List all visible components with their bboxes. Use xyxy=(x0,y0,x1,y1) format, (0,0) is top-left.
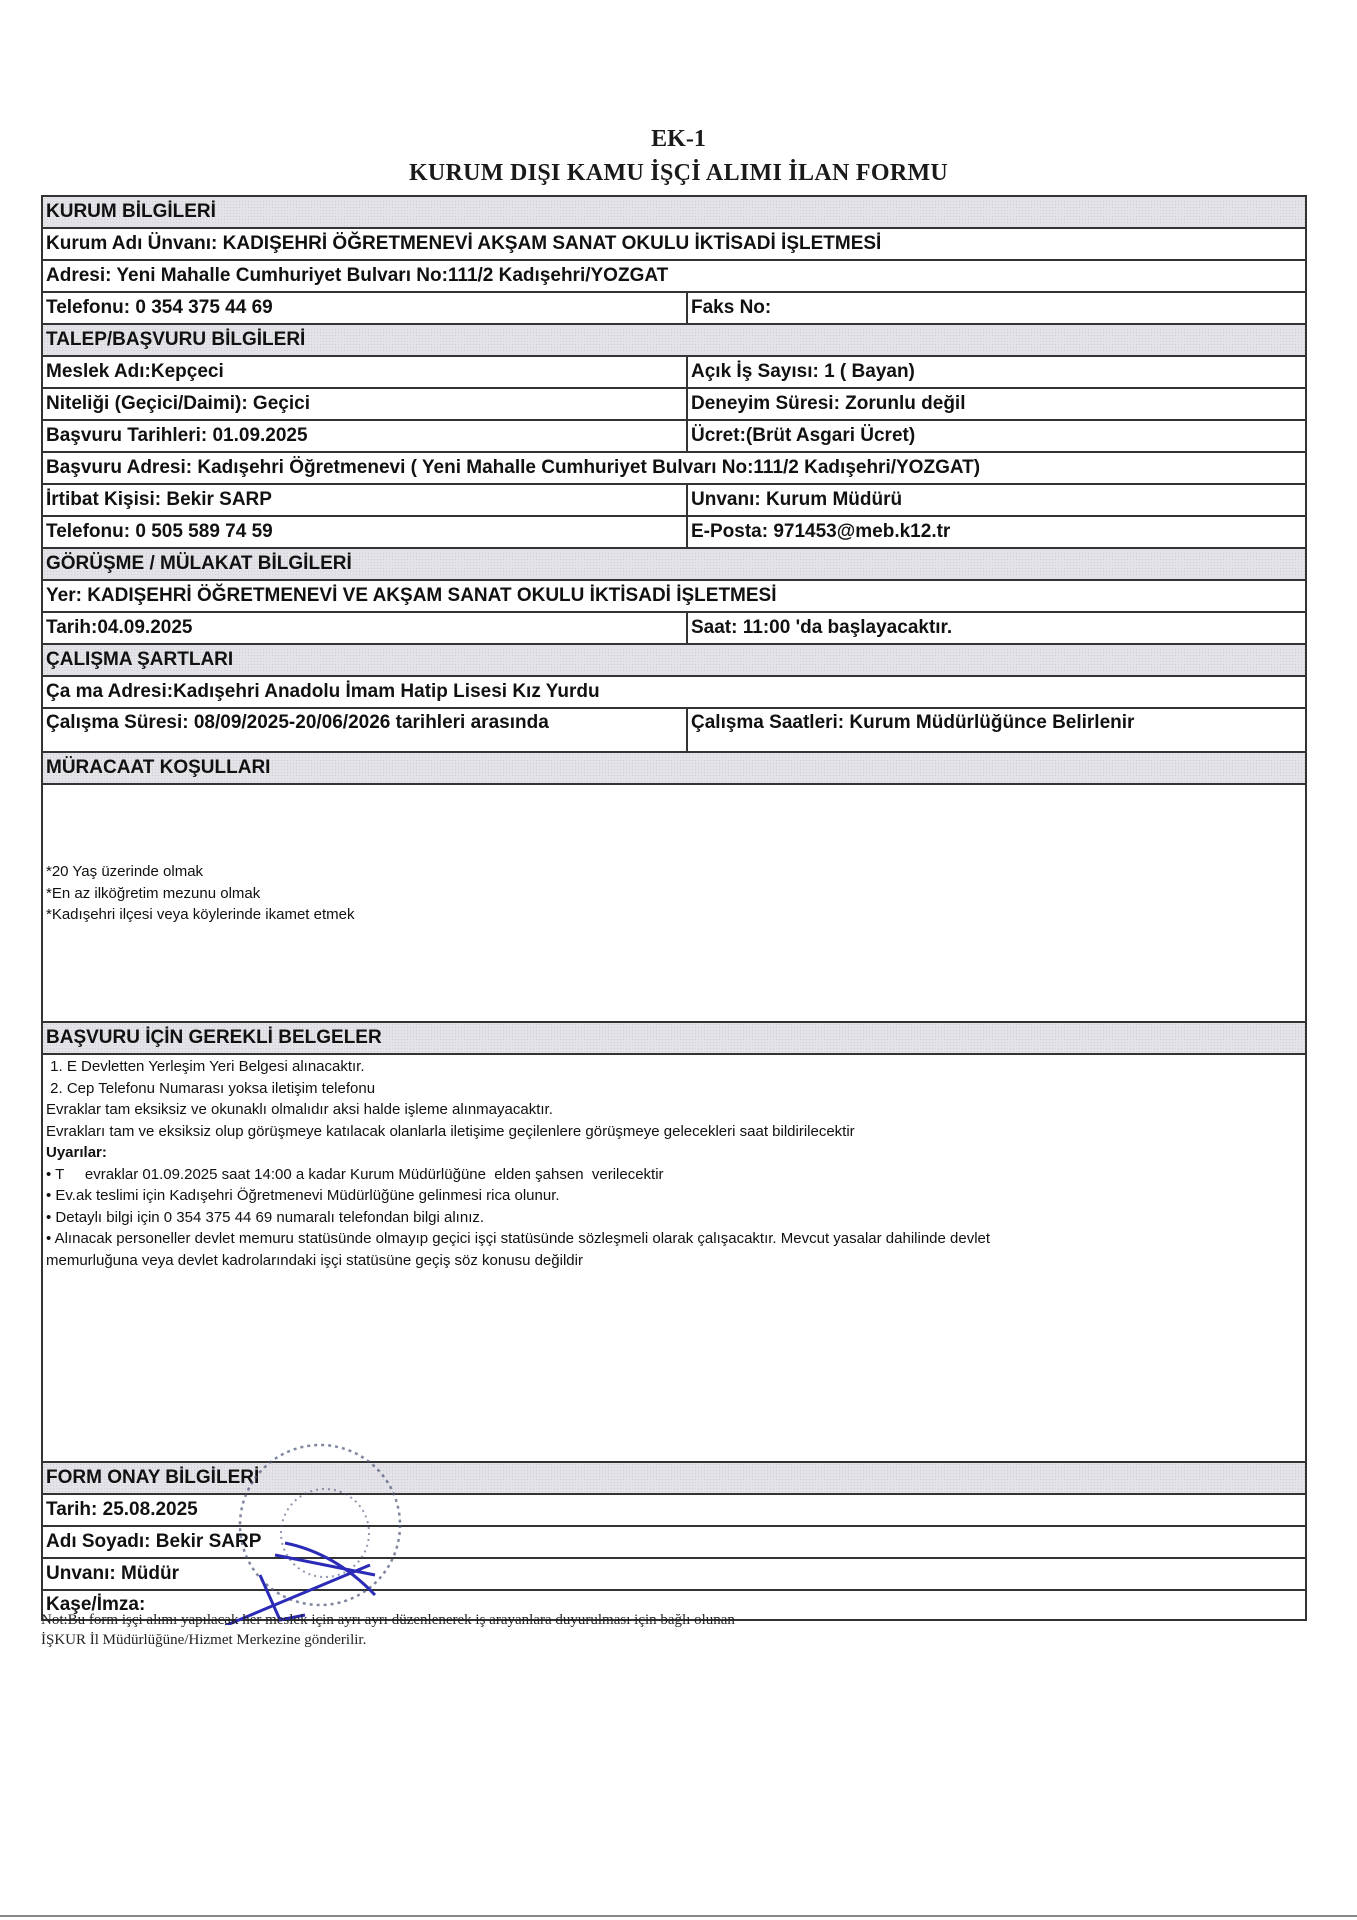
condition-item: *Kadışehri ilçesi veya köylerinde ikamet… xyxy=(46,904,1305,926)
application-conditions: *20 Yaş üzerinde olmak *En az ilköğretim… xyxy=(43,783,1305,1021)
section-heading: TALEP/BAŞVURU BİLGİLERİ xyxy=(43,325,1305,355)
institution-fax: Faks No: xyxy=(686,293,1305,323)
application-address: Başvuru Adresi: Kadışehri Öğretmenevi ( … xyxy=(43,453,1305,483)
interview-date: Tarih:04.09.2025 xyxy=(43,613,686,643)
footer-note: Not:Bu form işçi alımı yapılacak her mes… xyxy=(41,1610,735,1650)
condition-item: *En az ilköğretim mezunu olmak xyxy=(46,883,1305,905)
contact-email: E-Posta: 971453@meb.k12.tr xyxy=(686,517,1305,547)
open-positions: Açık İş Sayısı: 1 ( Bayan) xyxy=(686,357,1305,387)
warning-item: • Alınacak personeller devlet memuru sta… xyxy=(46,1228,1305,1250)
section-heading: GÖRÜŞME / MÜLAKAT BİLGİLERİ xyxy=(43,549,1305,579)
interview-time: Saat: 11:00 'da başlayacaktır. xyxy=(686,613,1305,643)
condition-item: *20 Yaş üzerinde olmak xyxy=(46,861,1305,883)
section-heading: BAŞVURU İÇİN GEREKLİ BELGELER xyxy=(43,1023,1305,1053)
section-kurum-heading: KURUM BİLGİLERİ xyxy=(43,195,1305,227)
warning-item: memurluğuna veya devlet kadrolarındaki i… xyxy=(46,1250,1305,1272)
approver-title: Unvanı: Müdür xyxy=(43,1559,1305,1589)
form-table-upper: KURUM BİLGİLERİ Kurum Adı Ünvanı: KADIŞE… xyxy=(41,195,1307,1621)
work-period: Çalışma Süresi: 08/09/2025-20/06/2026 ta… xyxy=(43,709,686,751)
warning-item: • T evraklar 01.09.2025 saat 14:00 a kad… xyxy=(46,1164,1305,1186)
document-note: Evrakları tam ve eksiksiz olup görüşmeye… xyxy=(46,1121,1305,1143)
section-heading: MÜRACAAT KOŞULLARI xyxy=(43,753,1305,783)
note-line: Not:Bu form işçi alımı yapılacak her mes… xyxy=(41,1610,735,1630)
required-documents: 1. E Devletten Yerleşim Yeri Belgesi alı… xyxy=(43,1053,1305,1461)
document-item: 2. Cep Telefonu Numarası yoksa iletişim … xyxy=(46,1078,1305,1100)
warning-item: • Detaylı bilgi için 0 354 375 44 69 num… xyxy=(46,1207,1305,1229)
section-muracaat-heading: MÜRACAAT KOŞULLARI xyxy=(43,751,1305,783)
work-hours: Çalışma Saatleri: Kurum Müdürlüğünce Bel… xyxy=(686,709,1305,751)
interview-place: Yer: KADIŞEHRİ ÖĞRETMENEVİ VE AKŞAM SANA… xyxy=(43,581,1305,611)
section-heading: FORM ONAY BİLGİLERİ xyxy=(43,1463,1305,1493)
page-bottom-rule xyxy=(0,1915,1357,1917)
approval-date: Tarih: 25.08.2025 xyxy=(43,1495,1305,1525)
salary: Ücret:(Brüt Asgari Ücret) xyxy=(686,421,1305,451)
application-dates: Başvuru Tarihleri: 01.09.2025 xyxy=(43,421,686,451)
institution-name: Kurum Adı Ünvanı: KADIŞEHRİ ÖĞRETMENEVİ … xyxy=(43,229,1305,259)
section-onay-heading: FORM ONAY BİLGİLERİ xyxy=(43,1461,1305,1493)
form-title: KURUM DIŞI KAMU İŞÇİ ALIMI İLAN FORMU xyxy=(0,160,1357,187)
section-gorusme-heading: GÖRÜŞME / MÜLAKAT BİLGİLERİ xyxy=(43,547,1305,579)
experience-requirement: Deneyim Süresi: Zorunlu değil xyxy=(686,389,1305,419)
section-heading: ÇALIŞMA ŞARTLARI xyxy=(43,645,1305,675)
contact-phone: Telefonu: 0 505 589 74 59 xyxy=(43,517,686,547)
document-item: 1. E Devletten Yerleşim Yeri Belgesi alı… xyxy=(46,1056,1305,1078)
contact-title: Unvanı: Kurum Müdürü xyxy=(686,485,1305,515)
section-calisma-heading: ÇALIŞMA ŞARTLARI xyxy=(43,643,1305,675)
work-address: Ça ma Adresi:Kadışehri Anadolu İmam Hati… xyxy=(43,677,1305,707)
annex-label: EK-1 xyxy=(0,126,1357,153)
document-note: Evraklar tam eksiksiz ve okunaklı olmalı… xyxy=(46,1099,1305,1121)
occupation: Meslek Adı:Kepçeci xyxy=(43,357,686,387)
contact-person: İrtibat Kişisi: Bekir SARP xyxy=(43,485,686,515)
section-talep-heading: TALEP/BAŞVURU BİLGİLERİ xyxy=(43,323,1305,355)
warning-item: • Ev.ak teslimi için Kadışehri Öğretmene… xyxy=(46,1185,1305,1207)
section-heading: KURUM BİLGİLERİ xyxy=(43,197,1305,227)
institution-phone: Telefonu: 0 354 375 44 69 xyxy=(43,293,686,323)
warnings-label: Uyarılar: xyxy=(46,1142,1305,1164)
note-line: İŞKUR İl Müdürlüğüne/Hizmet Merkezine gö… xyxy=(41,1630,735,1650)
section-belgeler-heading: BAŞVURU İÇİN GEREKLİ BELGELER xyxy=(43,1021,1305,1053)
job-nature: Niteliği (Geçici/Daimi): Geçici xyxy=(43,389,686,419)
institution-address: Adresi: Yeni Mahalle Cumhuriyet Bulvarı … xyxy=(43,261,1305,291)
approver-name: Adı Soyadı: Bekir SARP xyxy=(43,1527,1305,1557)
